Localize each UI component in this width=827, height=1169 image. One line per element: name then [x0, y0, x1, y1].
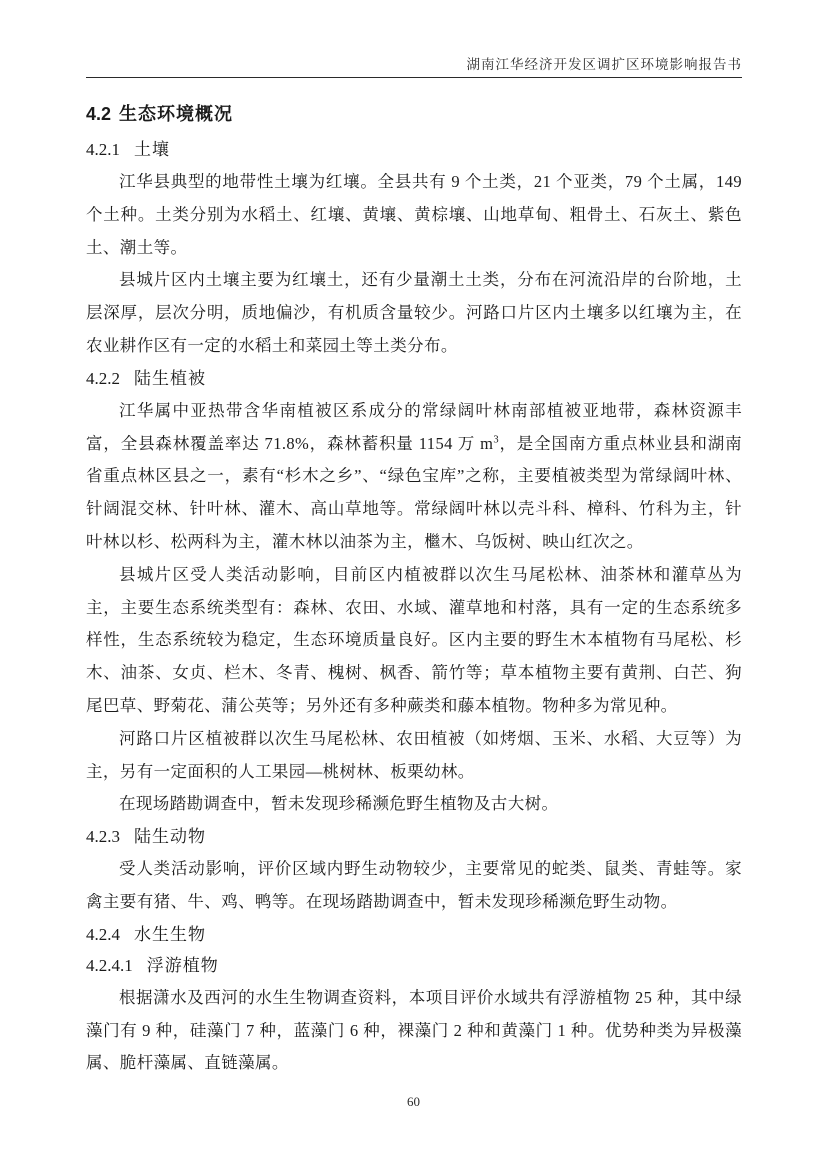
- paragraph-county-vegetation: 县城片区受人类活动影响，目前区内植被群以次生马尾松林、油茶林和灌草丛为主，主要生…: [86, 559, 742, 723]
- paragraph-terrestrial-animals: 受人类活动影响，评价区域内野生动物较少，主要常见的蛇类、鼠类、青蛙等。家禽主要有…: [86, 853, 742, 919]
- paragraph-forest-resources: 江华属中亚热带含华南植被区系成分的常绿阔叶林南部植被亚地带，森林资源丰富，全县森…: [86, 395, 742, 559]
- heading-4-2-2-number: 4.2.2: [86, 369, 120, 388]
- heading-4-2-3-title: 陆生动物: [134, 827, 206, 846]
- document-page: 湖南江华经济开发区调扩区环境影响报告书 4.2生态环境概况 4.2.1土壤 江华…: [0, 0, 827, 1169]
- page-number: 60: [407, 1094, 420, 1109]
- heading-4-2-4-title: 水生生物: [134, 925, 206, 944]
- heading-4-2-2-title: 陆生植被: [134, 369, 206, 388]
- heading-4-2-3: 4.2.3陆生动物: [86, 822, 742, 852]
- heading-4-2-4-1: 4.2.4.1浮游植物: [86, 951, 742, 981]
- heading-4-2-1: 4.2.1土壤: [86, 135, 742, 165]
- paragraph-soil-types: 江华县典型的地带性土壤为红壤。全县共有 9 个土类，21 个亚类，79 个土属，…: [86, 166, 742, 264]
- heading-4-2-2: 4.2.2陆生植被: [86, 364, 742, 394]
- page-header: 湖南江华经济开发区调扩区环境影响报告书: [86, 56, 742, 78]
- heading-4-2-4: 4.2.4水生生物: [86, 920, 742, 950]
- heading-4-2-3-number: 4.2.3: [86, 827, 120, 846]
- heading-4-2-1-title: 土壤: [134, 140, 170, 159]
- paragraph-helukou-vegetation: 河路口片区植被群以次生马尾松林、农田植被（如烤烟、玉米、水稻、大豆等）为主，另有…: [86, 723, 742, 789]
- heading-4-2: 4.2生态环境概况: [86, 99, 742, 129]
- header-title: 湖南江华经济开发区调扩区环境影响报告书: [467, 57, 743, 72]
- heading-4-2-title: 生态环境概况: [119, 104, 233, 124]
- document-content: 4.2生态环境概况 4.2.1土壤 江华县典型的地带性土壤为红壤。全县共有 9 …: [86, 99, 742, 1080]
- heading-4-2-4-1-number: 4.2.4.1: [86, 956, 133, 975]
- heading-4-2-4-1-title: 浮游植物: [147, 956, 219, 975]
- paragraph-phytoplankton: 根据潇水及西河的水生生物调查资料，本项目评价水域共有浮游植物 25 种，其中绿藻…: [86, 982, 742, 1080]
- heading-4-2-4-number: 4.2.4: [86, 925, 120, 944]
- heading-4-2-number: 4.2: [86, 104, 111, 124]
- heading-4-2-1-number: 4.2.1: [86, 140, 120, 159]
- page-footer: 60: [0, 1094, 827, 1110]
- paragraph-rare-plants-survey: 在现场踏勘调查中，暂未发现珍稀濒危野生植物及古大树。: [86, 788, 742, 821]
- paragraph-soil-distribution: 县城片区内土壤主要为红壤土，还有少量潮土土类，分布在河流沿岸的台阶地，土层深厚，…: [86, 264, 742, 362]
